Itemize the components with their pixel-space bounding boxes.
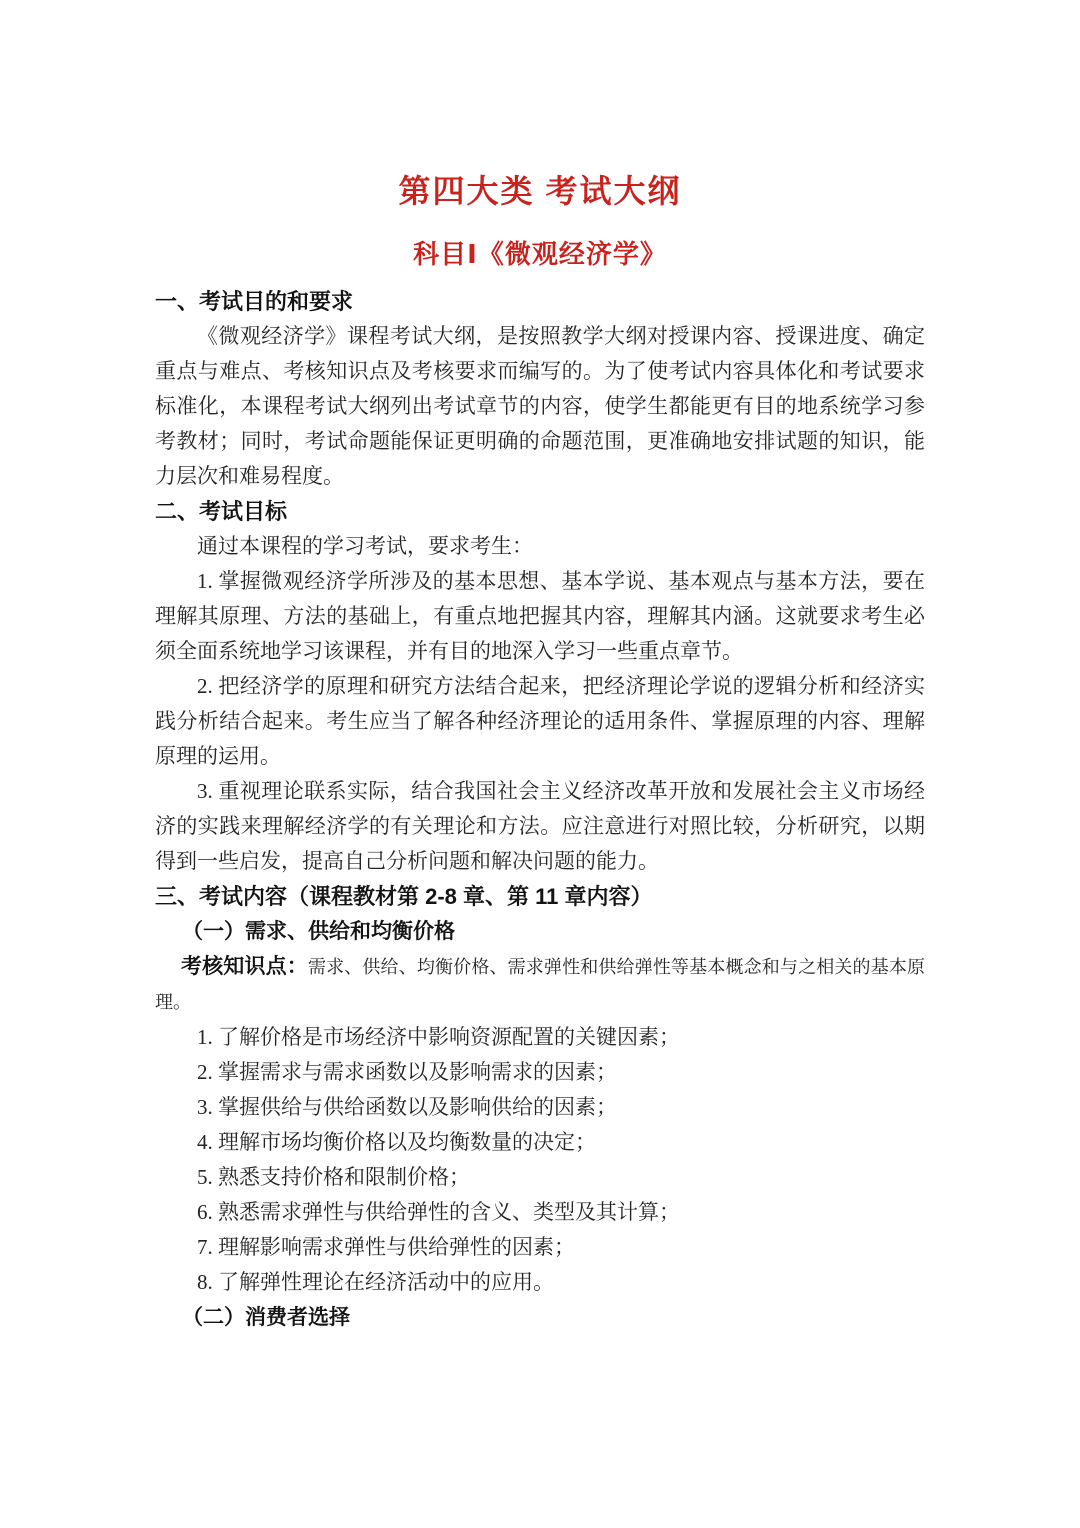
exam-goal-1: 1. 掌握微观经济学所涉及的基本思想、基本学说、基本观点与基本方法，要在理解其原… xyxy=(155,564,925,669)
section-1-heading: 一、考试目的和要求 xyxy=(155,284,925,319)
subsection-2-heading: （二）消费者选择 xyxy=(182,1300,925,1335)
knowledge-point-8: 8. 了解弹性理论在经济活动中的应用。 xyxy=(155,1265,925,1300)
document-content: 第四大类 考试大纲 科目Ⅰ《微观经济学》 一、考试目的和要求 《微观经济学》课程… xyxy=(0,0,1080,1335)
section-3-heading: 三、考试内容（课程教材第 2-8 章、第 11 章内容） xyxy=(155,879,925,914)
document-page: 第四大类 考试大纲 科目Ⅰ《微观经济学》 一、考试目的和要求 《微观经济学》课程… xyxy=(0,0,1080,1528)
document-title: 第四大类 考试大纲 xyxy=(155,172,925,210)
section-1-paragraph: 《微观经济学》课程考试大纲，是按照教学大纲对授课内容、授课进度、确定重点与难点、… xyxy=(155,319,925,494)
knowledge-point-7: 7. 理解影响需求弹性与供给弹性的因素； xyxy=(155,1230,925,1265)
knowledge-point-4: 4. 理解市场均衡价格以及均衡数量的决定； xyxy=(155,1125,925,1160)
document-subtitle: 科目Ⅰ《微观经济学》 xyxy=(155,238,925,270)
section-2-heading: 二、考试目标 xyxy=(155,494,925,529)
subsection-1-heading: （一）需求、供给和均衡价格 xyxy=(182,914,925,949)
knowledge-points-paragraph: 考核知识点：需求、供给、均衡价格、需求弹性和供给弹性等基本概念和与之相关的基本原… xyxy=(155,949,925,1020)
knowledge-point-5: 5. 熟悉支持价格和限制价格； xyxy=(155,1160,925,1195)
knowledge-point-3: 3. 掌握供给与供给函数以及影响供给的因素； xyxy=(155,1090,925,1125)
exam-goal-2: 2. 把经济学的原理和研究方法结合起来，把经济理论学说的逻辑分析和经济实践分析结… xyxy=(155,669,925,774)
knowledge-point-2: 2. 掌握需求与需求函数以及影响需求的因素； xyxy=(155,1055,925,1090)
knowledge-points-list: 1. 了解价格是市场经济中影响资源配置的关键因素； 2. 掌握需求与需求函数以及… xyxy=(155,1020,925,1300)
section-2-intro: 通过本课程的学习考试，要求考生： xyxy=(155,529,925,564)
knowledge-points-label: 考核知识点： xyxy=(181,955,308,978)
exam-goal-3: 3. 重视理论联系实际，结合我国社会主义经济改革开放和发展社会主义市场经济的实践… xyxy=(155,774,925,879)
knowledge-point-1: 1. 了解价格是市场经济中影响资源配置的关键因素； xyxy=(155,1020,925,1055)
knowledge-point-6: 6. 熟悉需求弹性与供给弹性的含义、类型及其计算； xyxy=(155,1195,925,1230)
